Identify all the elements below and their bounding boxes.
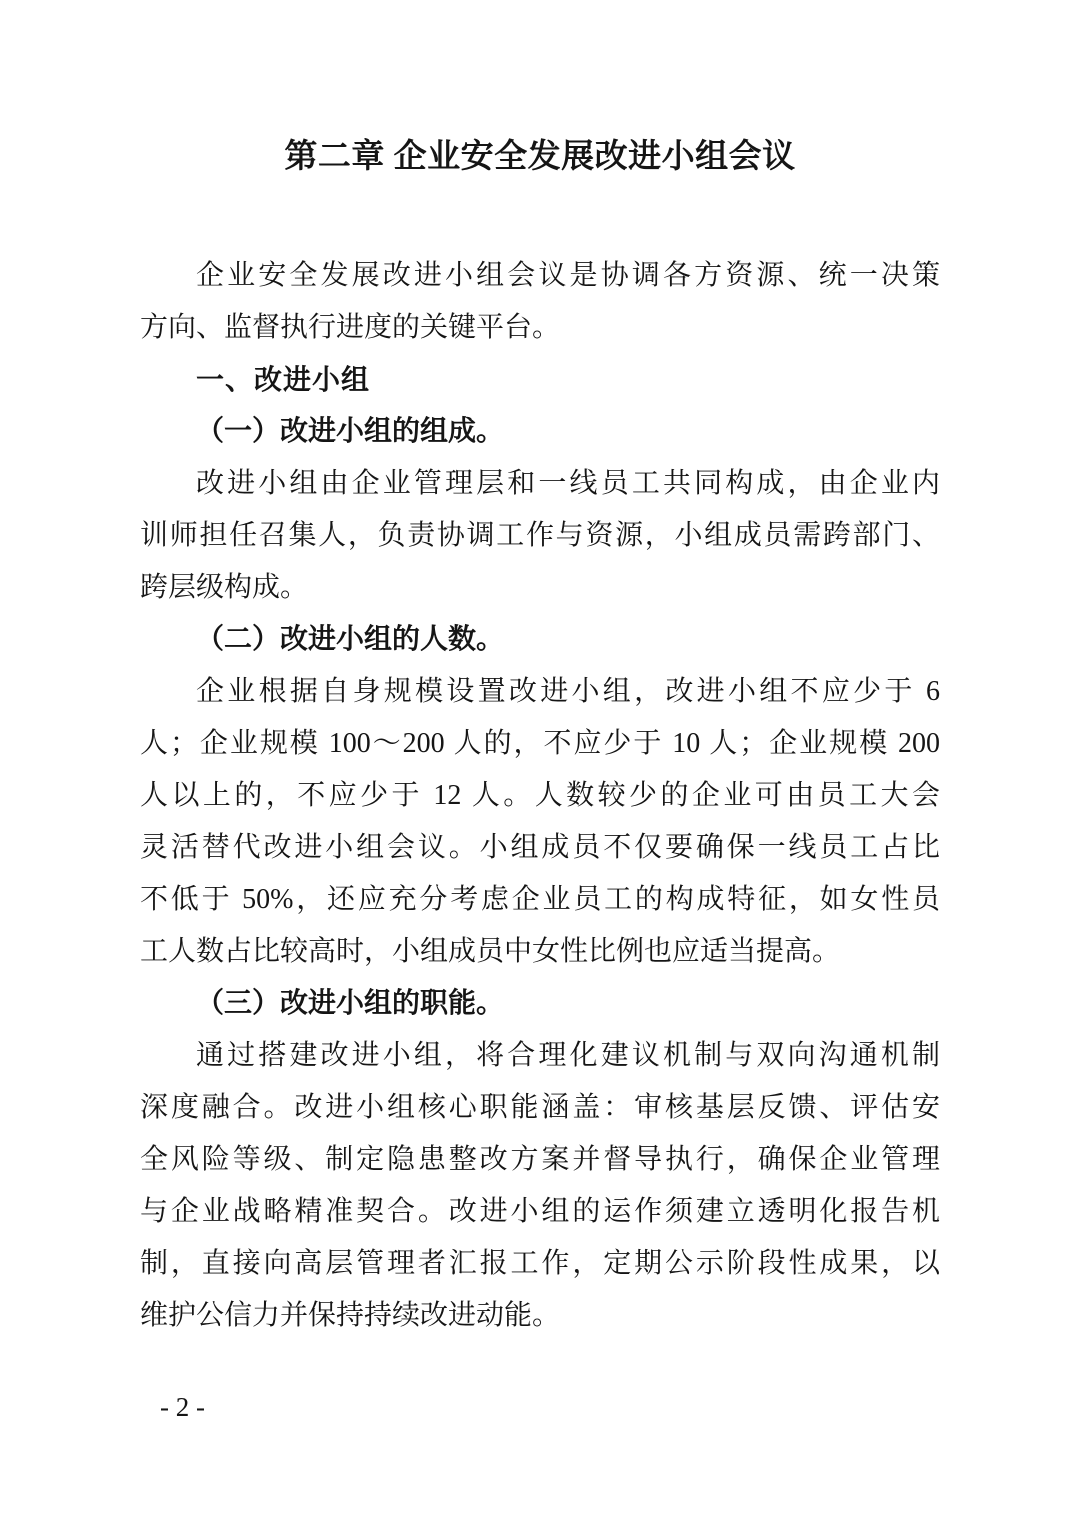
heading-level-1: 一、改进小组 (140, 354, 940, 406)
paragraph: 通过搭建改进小组，将合理化建议机制与双向沟通机制 深度融合。改进小组核心职能涵盖… (140, 1030, 940, 1342)
paragraph-line: 不低于 50%，还应充分考虑企业员工的构成特征，如女性员 (140, 874, 940, 926)
paragraph-line: 维护公信力并保持持续改进动能。 (140, 1290, 940, 1342)
paragraph-line: 制，直接向高层管理者汇报工作，定期公示阶段性成果，以 (140, 1238, 940, 1290)
paragraph-line: 人以上的，不应少于 12 人。人数较少的企业可由员工大会 (140, 770, 940, 822)
paragraph-line: 深度融合。改进小组核心职能涵盖：审核基层反馈、评估安 (140, 1082, 940, 1134)
heading-level-2: （三）改进小组的职能。 (140, 978, 940, 1030)
paragraph-line: 全风险等级、制定隐患整改方案并督导执行，确保企业管理 (140, 1134, 940, 1186)
paragraph: 企业根据自身规模设置改进小组，改进小组不应少于 6 人；企业规模 100～200… (140, 666, 940, 978)
heading-line: （三）改进小组的职能。 (140, 978, 940, 1030)
heading-line: （一）改进小组的组成。 (140, 406, 940, 458)
paragraph-line: 企业根据自身规模设置改进小组，改进小组不应少于 6 (140, 666, 940, 718)
chapter-title: 第二章 企业安全发展改进小组会议 (140, 136, 940, 178)
document-content: 第二章 企业安全发展改进小组会议 企业安全发展改进小组会议是协调各方资源、统一决… (140, 0, 940, 1342)
paragraph: 改进小组由企业管理层和一线员工共同构成，由企业内 训师担任召集人，负责协调工作与… (140, 458, 940, 614)
heading-line: 一、改进小组 (140, 354, 940, 406)
paragraph-line: 灵活替代改进小组会议。小组成员不仅要确保一线员工占比 (140, 822, 940, 874)
paragraph-line: 工人数占比较高时，小组成员中女性比例也应适当提高。 (140, 926, 940, 978)
paragraph-line: 通过搭建改进小组，将合理化建议机制与双向沟通机制 (140, 1030, 940, 1082)
body-text: 企业安全发展改进小组会议是协调各方资源、统一决策 方向、监督执行进度的关键平台。… (140, 250, 940, 1342)
paragraph: 企业安全发展改进小组会议是协调各方资源、统一决策 方向、监督执行进度的关键平台。 (140, 250, 940, 354)
paragraph-line: 训师担任召集人，负责协调工作与资源，小组成员需跨部门、 (140, 510, 940, 562)
paragraph-line: 企业安全发展改进小组会议是协调各方资源、统一决策 (140, 250, 940, 302)
document-page: 第二章 企业安全发展改进小组会议 企业安全发展改进小组会议是协调各方资源、统一决… (0, 0, 1074, 1520)
heading-level-2: （二）改进小组的人数。 (140, 614, 940, 666)
paragraph-line: 方向、监督执行进度的关键平台。 (140, 302, 940, 354)
paragraph-line: 与企业战略精准契合。改进小组的运作须建立透明化报告机 (140, 1186, 940, 1238)
page-number: - 2 - (160, 1390, 205, 1424)
heading-line: （二）改进小组的人数。 (140, 614, 940, 666)
paragraph-line: 跨层级构成。 (140, 562, 940, 614)
paragraph-line: 人；企业规模 100～200 人的，不应少于 10 人；企业规模 200 (140, 718, 940, 770)
heading-level-2: （一）改进小组的组成。 (140, 406, 940, 458)
paragraph-line: 改进小组由企业管理层和一线员工共同构成，由企业内 (140, 458, 940, 510)
